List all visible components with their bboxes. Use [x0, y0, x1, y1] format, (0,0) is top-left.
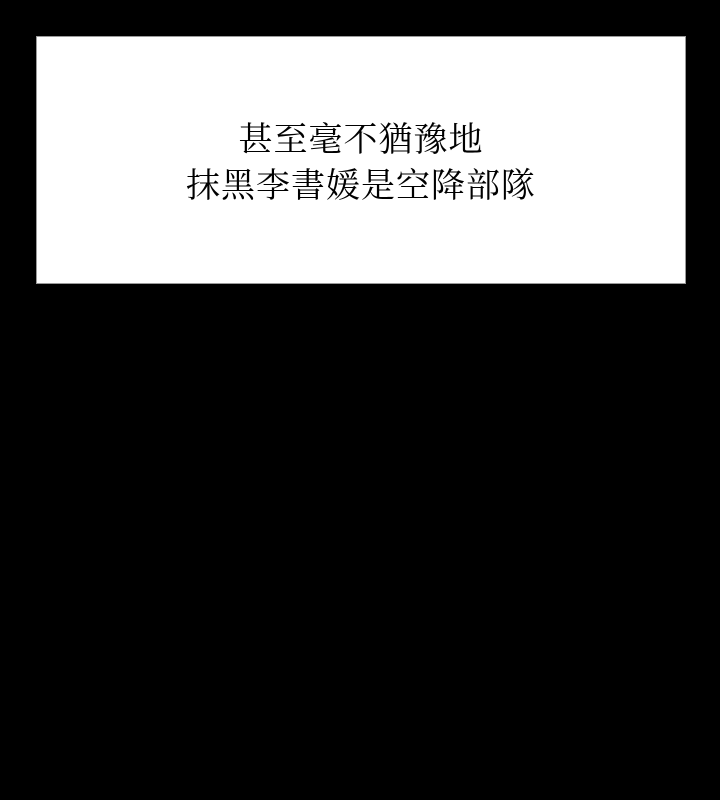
caption-line-2: 抹黑李書媛是空降部隊: [186, 163, 536, 209]
caption-line-1: 甚至毫不猶豫地: [239, 117, 484, 163]
narration-caption-box: 甚至毫不猶豫地 抹黑李書媛是空降部隊: [36, 36, 686, 284]
comic-page: 甚至毫不猶豫地 抹黑李書媛是空降部隊: [0, 0, 720, 800]
